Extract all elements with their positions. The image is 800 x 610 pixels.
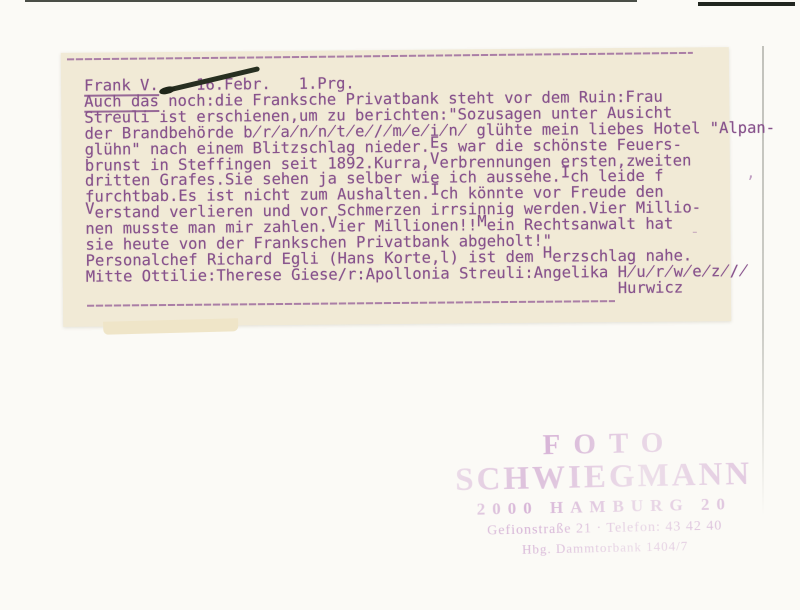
caption-slip: Frank V. 16.Febr. 1.Prg.Auch das noch:di…	[61, 47, 731, 327]
caption-lines: Frank V. 16.Febr. 1.Prg.Auch das noch:di…	[84, 73, 776, 302]
text-segment: V	[430, 149, 440, 167]
agency-stamp: FOTO SCHWIEGMANN 2000 HAMBURG 20 Gefions…	[427, 424, 782, 559]
press-photo-back: Frank V. 16.Febr. 1.Prg.Auch das noch:di…	[0, 0, 800, 610]
text-segment: V	[328, 214, 338, 232]
ruled-line-top	[67, 52, 693, 61]
text-segment: E	[430, 133, 440, 151]
text-segment: Hurwicz	[86, 278, 683, 301]
caption-line: Hurwicz	[86, 279, 777, 301]
slip-fold	[103, 318, 238, 335]
ruled-line-bottom	[87, 300, 615, 307]
stamp-name-line: SCHWIEGMANN	[427, 455, 780, 499]
text-segment: H	[543, 244, 553, 262]
text-segment: I	[561, 164, 571, 182]
text-segment: V	[85, 200, 95, 218]
ink-mark: -	[690, 222, 700, 241]
ink-mark: ,	[746, 163, 756, 182]
text-segment: I	[430, 181, 440, 199]
film-edge-mark	[698, 2, 795, 6]
film-edge-mark	[25, 0, 637, 2]
text-segment: M	[477, 212, 487, 230]
stamp-bank-line: Hbg. Dammtorbank 1404/7	[429, 536, 781, 559]
